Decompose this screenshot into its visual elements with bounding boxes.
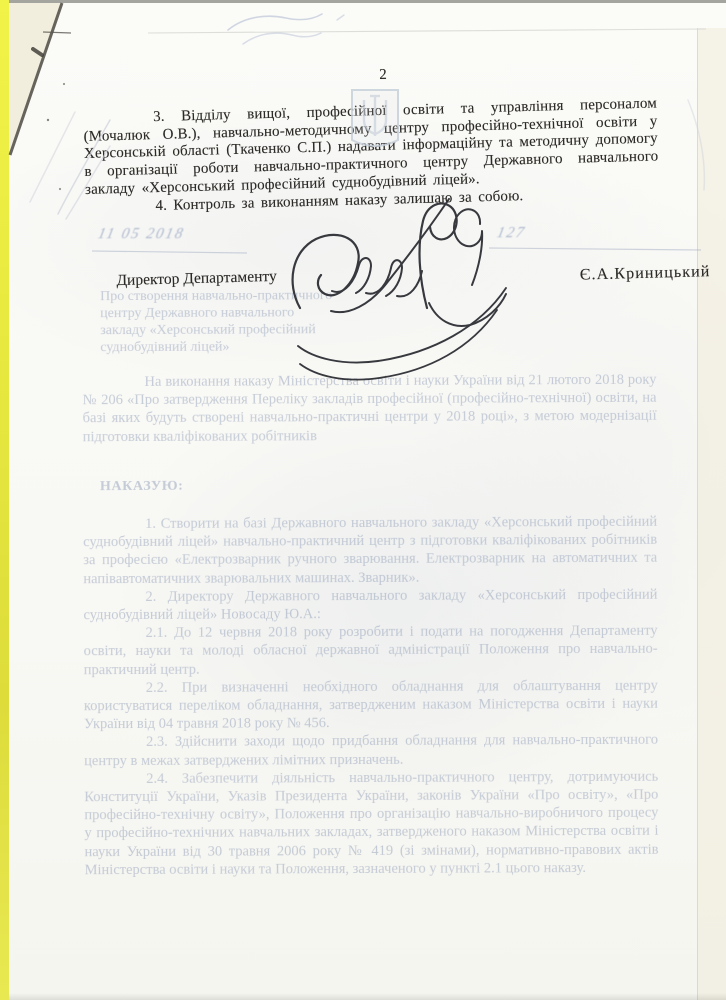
scanner-bottom-edge — [9, 993, 726, 1000]
order-body: 3. Відділу вищої, професійної освіти та … — [83, 95, 660, 217]
signer-name: Є.А.Криницький — [580, 263, 711, 285]
printed-text-layer: 2 3. Відділу вищої, професійної освіти т… — [0, 0, 726, 1000]
page-number: 2 — [370, 67, 396, 85]
signer-position-title: Директор Департаменту — [116, 268, 277, 290]
signature-block: Директор Департаменту Є.А.Криницький — [87, 257, 664, 297]
scanned-document-page: Про створення навчально-практичного цент… — [0, 0, 726, 1000]
order-item-3: 3. Відділу вищої, професійної освіти та … — [83, 95, 659, 199]
